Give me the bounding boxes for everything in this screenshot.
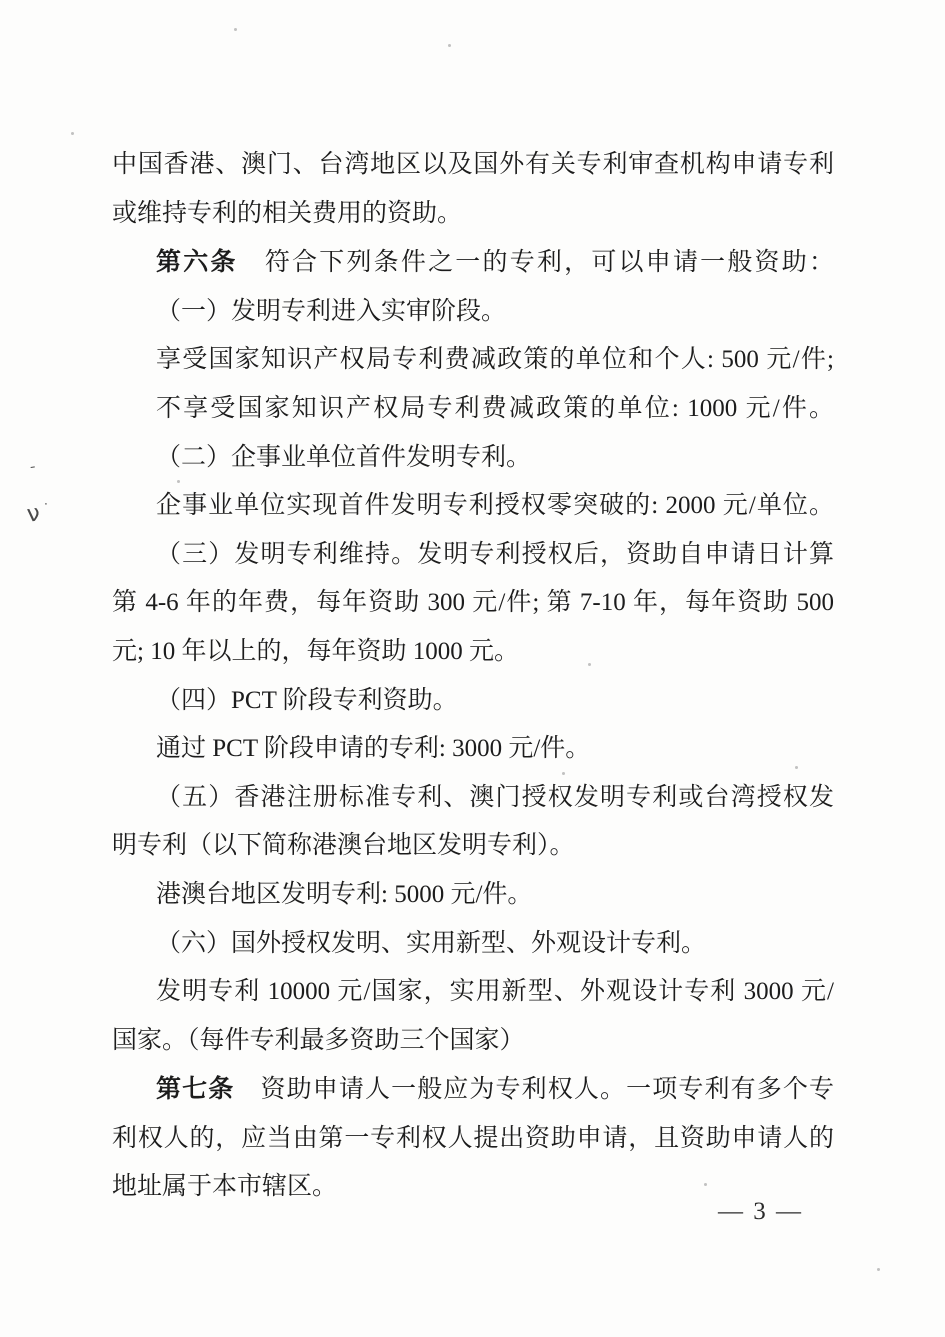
article-number: 第七条 (156, 1075, 234, 1103)
text-line: 企事业单位实现首件发明专利授权零突破的: 2000 元/单位。 (112, 482, 834, 531)
text-segment: 利权人的，应当由第一专利权人提出资助申请，且资助申请人的 (112, 1125, 834, 1152)
text-segment: （六）国外授权发明、实用新型、外观设计专利。 (156, 930, 706, 957)
text-line: （一）发明专利进入实审阶段。 (112, 288, 834, 337)
text-line: （六）国外授权发明、实用新型、外观设计专利。 (112, 920, 834, 969)
text-line: （二）企事业单位首件发明专利。 (112, 434, 834, 483)
text-segment: 国家。（每件专利最多资助三个国家） (112, 1027, 525, 1054)
document-page: 中国香港、澳门、台湾地区以及国外有关专利审查机构申请专利或维持专利的相关费用的资… (0, 0, 945, 1337)
text-line: 港澳台地区发明专利: 5000 元/件。 (112, 871, 834, 920)
text-segment: 第 4-6 年的年费，每年资助 300 元/件; 第 7-10 年，每年资助 5… (112, 589, 834, 616)
text-segment: （二）企事业单位首件发明专利。 (156, 444, 531, 471)
handwritten-margin-mark: ˉ (29, 466, 38, 481)
scan-speck (177, 480, 180, 483)
text-line: 第七条 资助申请人一般应为专利权人。一项专利有多个专 (112, 1065, 834, 1115)
text-segment: 明专利（以下简称港澳台地区发明专利）。 (112, 832, 575, 859)
text-segment: （一）发明专利进入实审阶段。 (156, 298, 506, 325)
text-line: 利权人的，应当由第一专利权人提出资助申请，且资助申请人的 (112, 1115, 834, 1164)
text-segment: 通过 PCT 阶段申请的专利: 3000 元/件。 (156, 735, 590, 762)
text-line: 国家。（每件专利最多资助三个国家） (112, 1017, 834, 1066)
text-line: （三）发明专利维持。发明专利授权后，资助自申请日计算 (112, 531, 834, 580)
scan-speck (234, 28, 237, 31)
text-segment: 中国香港、澳门、台湾地区以及国外有关专利审查机构申请专利 (112, 151, 834, 178)
scan-speck (448, 44, 451, 47)
text-segment: 港澳台地区发明专利: 5000 元/件。 (156, 881, 532, 908)
scan-speck (562, 772, 565, 775)
text-line: 第六条 符合下列条件之一的专利，可以申请一般资助： (112, 238, 834, 288)
text-segment: （五）香港注册标准专利、澳门授权发明专利或台湾授权发 (156, 784, 834, 811)
handwritten-margin-mark: ν (25, 502, 41, 527)
text-line: 享受国家知识产权局专利费减政策的单位和个人: 500 元/件; (112, 336, 834, 385)
handwritten-margin-mark: · (43, 498, 48, 510)
text-segment: 地址属于本市辖区。 (112, 1173, 337, 1200)
scan-speck (71, 132, 74, 135)
text-segment: 享受国家知识产权局专利费减政策的单位和个人: 500 元/件; (156, 346, 834, 373)
text-segment: 元; 10 年以上的，每年资助 1000 元。 (112, 638, 519, 665)
text-segment: 或维持专利的相关费用的资助。 (112, 200, 462, 227)
text-line: 元; 10 年以上的，每年资助 1000 元。 (112, 628, 834, 677)
text-line: （五）香港注册标准专利、澳门授权发明专利或台湾授权发 (112, 774, 834, 823)
text-segment: （四）PCT 阶段专利资助。 (156, 687, 458, 714)
text-segment: 符合下列条件之一的专利，可以申请一般资助： (238, 249, 834, 276)
text-line: 中国香港、澳门、台湾地区以及国外有关专利审查机构申请专利 (112, 141, 834, 190)
scan-speck (704, 1183, 707, 1186)
text-line: 明专利（以下简称港澳台地区发明专利）。 (112, 822, 834, 871)
scan-speck (877, 1268, 880, 1271)
scan-speck (588, 663, 591, 666)
text-segment: 企事业单位实现首件发明专利授权零突破的: 2000 元/单位。 (156, 492, 834, 519)
text-line: （四）PCT 阶段专利资助。 (112, 677, 834, 726)
text-line: 第 4-6 年的年费，每年资助 300 元/件; 第 7-10 年，每年资助 5… (112, 579, 834, 628)
text-line: 发明专利 10000 元/国家，实用新型、外观设计专利 3000 元/ (112, 968, 834, 1017)
text-line: 通过 PCT 阶段申请的专利: 3000 元/件。 (112, 725, 834, 774)
text-segment: 发明专利 10000 元/国家，实用新型、外观设计专利 3000 元/ (156, 978, 834, 1005)
text-segment: 资助申请人一般应为专利权人。一项专利有多个专 (234, 1076, 834, 1103)
scan-speck (795, 766, 798, 769)
text-line: 或维持专利的相关费用的资助。 (112, 190, 834, 239)
page-number: — 3 — (718, 1196, 838, 1228)
text-segment: 不享受国家知识产权局专利费减政策的单位: 1000 元/件。 (156, 395, 834, 422)
article-number: 第六条 (156, 248, 238, 276)
document-body: 中国香港、澳门、台湾地区以及国外有关专利审查机构申请专利或维持专利的相关费用的资… (112, 141, 834, 1212)
text-line: 不享受国家知识产权局专利费减政策的单位: 1000 元/件。 (112, 385, 834, 434)
text-segment: （三）发明专利维持。发明专利授权后，资助自申请日计算 (156, 541, 834, 568)
